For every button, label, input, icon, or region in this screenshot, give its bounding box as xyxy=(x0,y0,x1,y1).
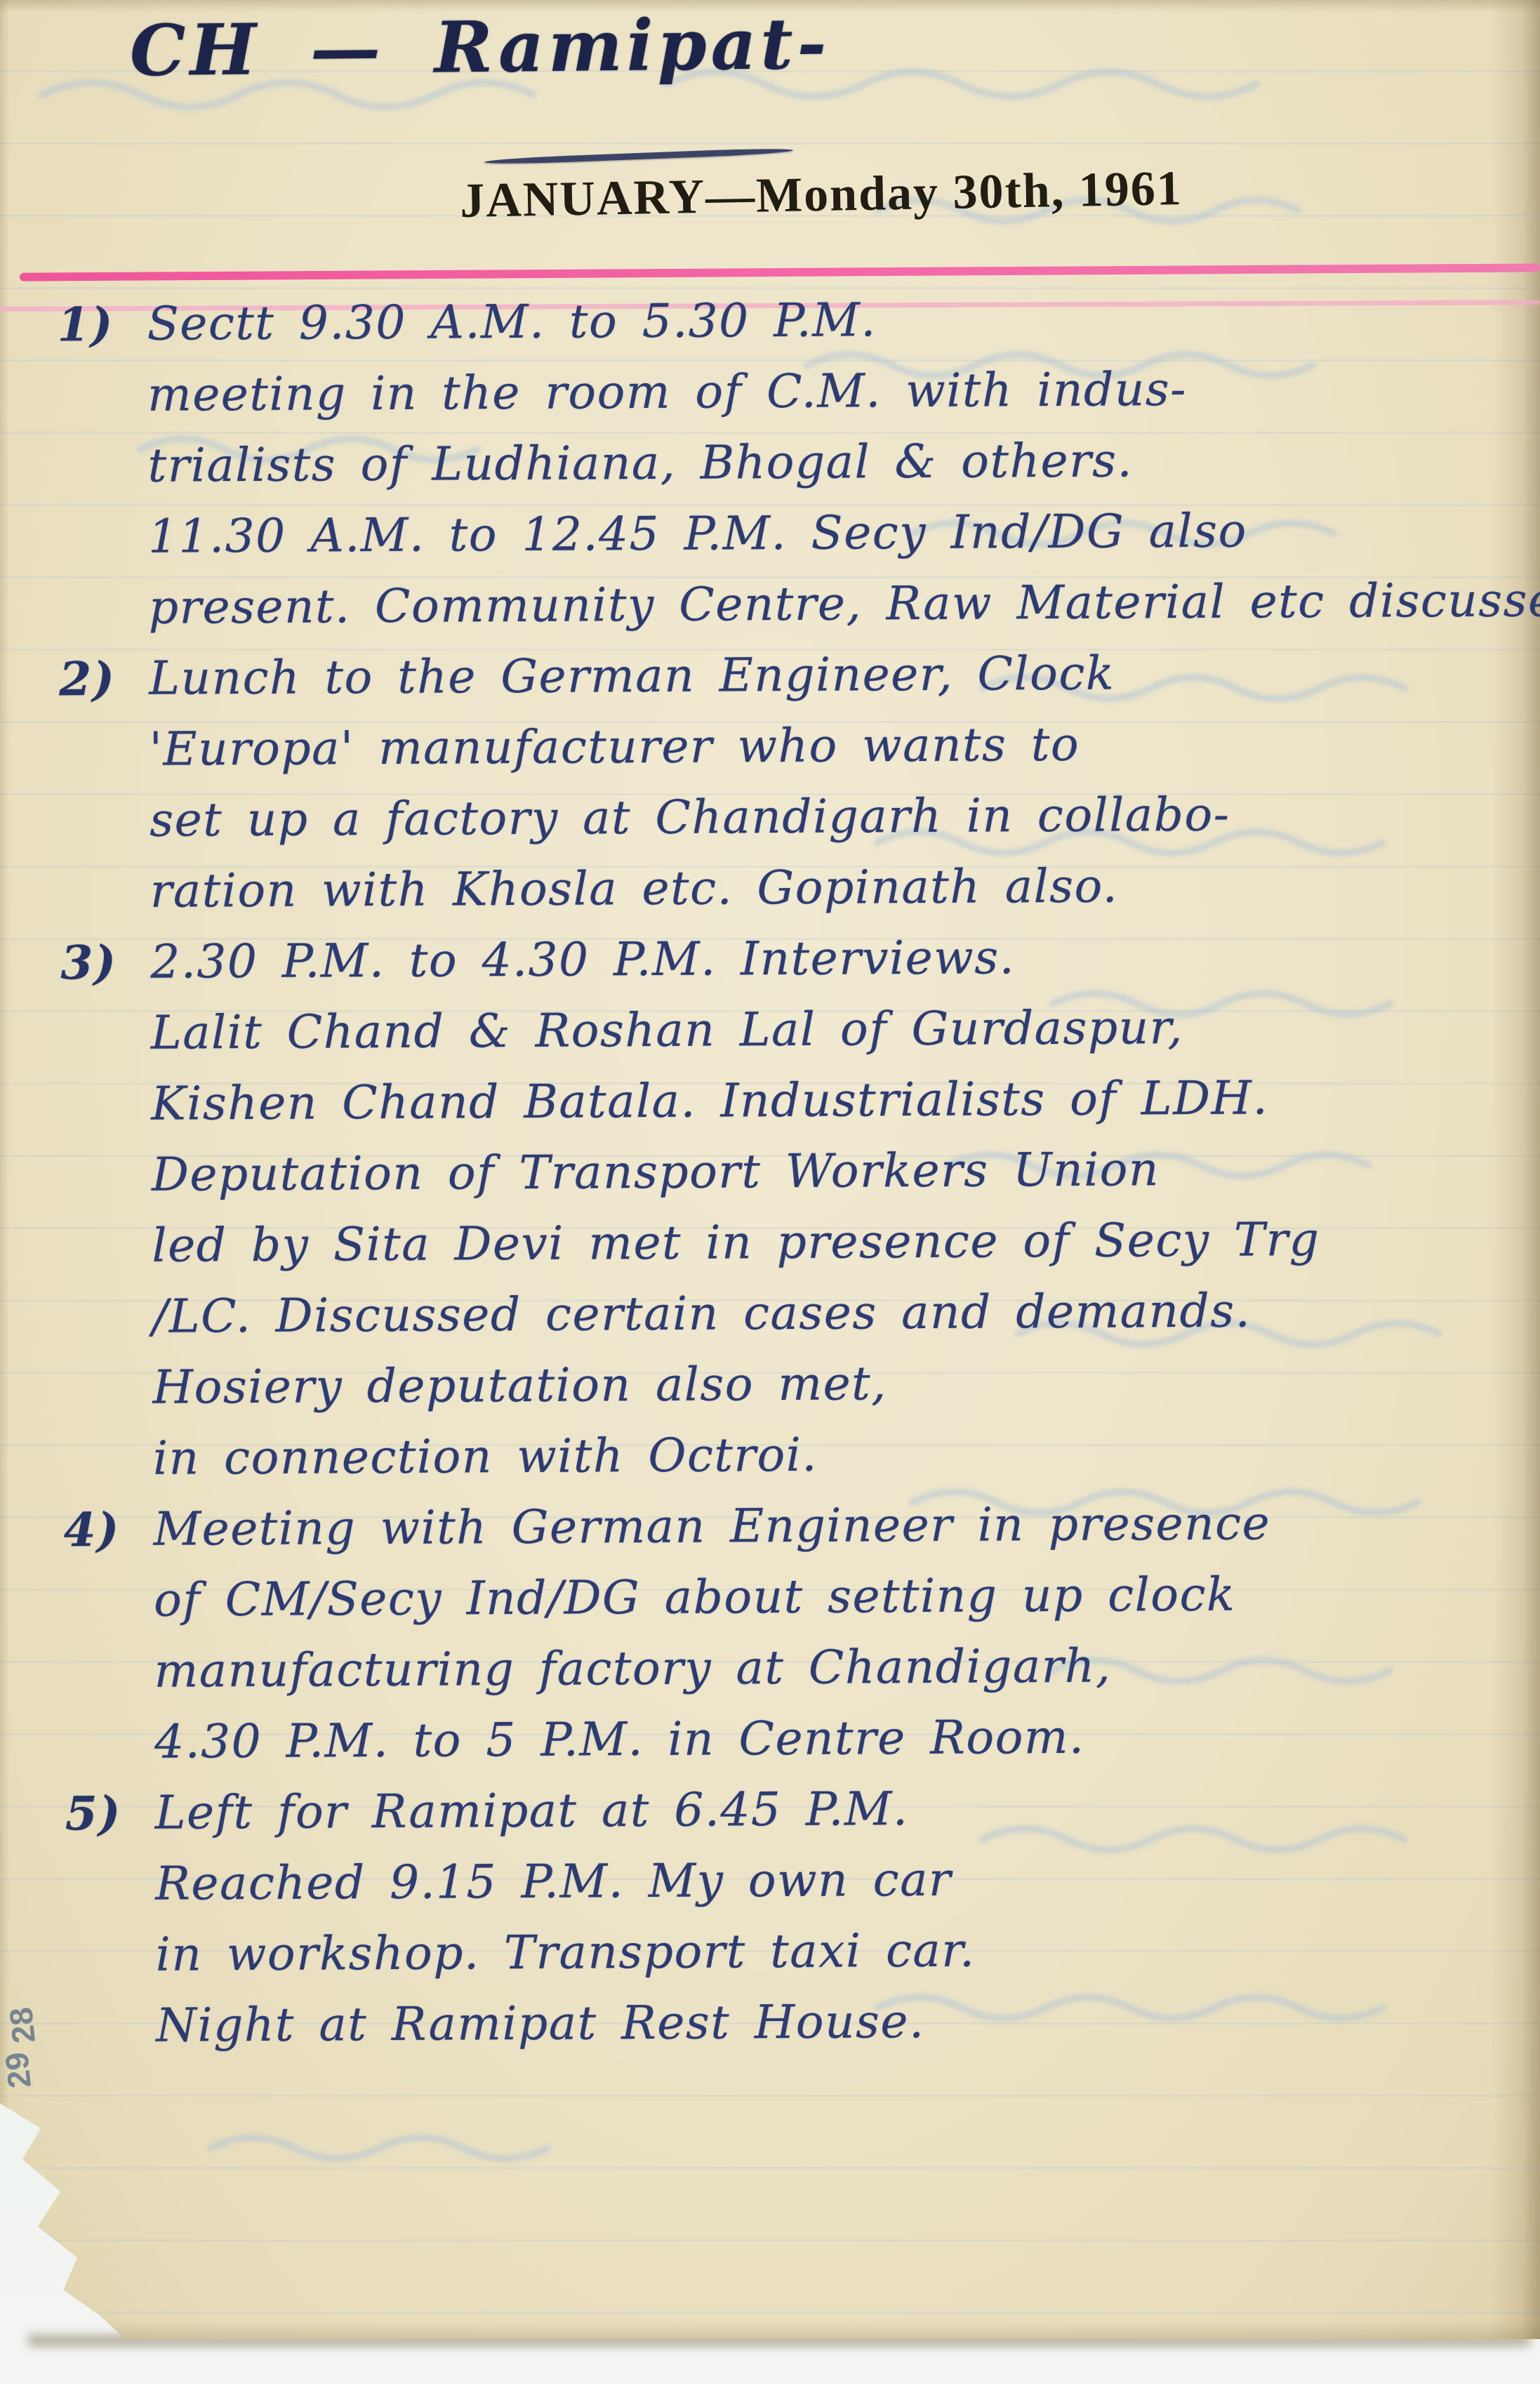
diary-line: 11.30 A.M. to 12.45 P.M. Secy Ind/DG als… xyxy=(58,503,1505,581)
diary-line: 1) Sectt 9.30 A.M. to 5.30 P.M. xyxy=(57,290,1504,369)
line-text: Deputation of Transport Workers Union xyxy=(152,1141,1508,1202)
line-text: 11.30 A.M. to 12.45 P.M. Secy Ind/DG als… xyxy=(148,503,1504,564)
entry-number xyxy=(66,1999,156,1999)
line-text: Night at Ramipat Rest House. xyxy=(156,1992,1512,2053)
entry-number xyxy=(65,1715,154,1716)
diary-line: Night at Ramipat Rest House. xyxy=(66,1992,1513,2070)
line-text: meeting in the room of C.M. with indus- xyxy=(147,361,1504,422)
entry-number xyxy=(64,1644,154,1645)
entry-number xyxy=(62,1290,152,1290)
diary-page-scan: CH — Ramipat- JANUARY—Monday 30th, 1961 … xyxy=(0,0,1540,2384)
entry-number xyxy=(58,510,148,510)
line-text: Meeting with German Engineer in presence xyxy=(153,1495,1509,1556)
entry-number: 5) xyxy=(65,1786,155,1841)
entry-number: 4) xyxy=(63,1502,153,1558)
diary-line: 4) Meeting with German Engineer in prese… xyxy=(63,1495,1510,1574)
diary-line: in workshop. Transport taxi car. xyxy=(66,1921,1513,1999)
entry-number: 1) xyxy=(57,297,147,352)
entry-number xyxy=(62,1219,152,1219)
line-text: trialists of Ludhiana, Bhogal & others. xyxy=(147,432,1504,493)
entry-number xyxy=(58,368,147,369)
diary-line: 5) Left for Ramipat at 6.45 P.M. xyxy=(65,1779,1512,1857)
line-text: led by Sita Devi met in presence of Secy… xyxy=(152,1212,1508,1273)
entry-number xyxy=(62,1360,152,1361)
diary-line: 'Europa' manufacturer who wants to xyxy=(60,715,1506,794)
entry-number xyxy=(60,793,150,794)
line-text: /LC. Discussed certain cases and demands… xyxy=(152,1283,1508,1344)
handwritten-title: CH — Ramipat- xyxy=(129,2,830,92)
entry-number xyxy=(60,864,150,865)
page-edge-number: 28 xyxy=(1,2006,43,2046)
diary-line: of CM/Secy Ind/DG about setting up clock xyxy=(64,1566,1511,1645)
diary-line: 3) 2.30 P.M. to 4.30 P.M. Interviews. xyxy=(60,928,1507,1007)
entry-number xyxy=(61,1006,151,1007)
entry-number xyxy=(61,1077,151,1078)
diary-line: in connection with Octroi. xyxy=(63,1424,1510,1503)
diary-line: 4.30 P.M. to 5 P.M. in Centre Room. xyxy=(65,1708,1511,1787)
diary-line: Kishen Chand Batala. Industrialists of L… xyxy=(61,1070,1508,1148)
line-text: 2.30 P.M. to 4.30 P.M. Interviews. xyxy=(150,928,1506,989)
entry-number xyxy=(63,1431,153,1432)
line-text: of CM/Secy Ind/DG about setting up clock xyxy=(154,1566,1510,1627)
diary-line: led by Sita Devi met in presence of Secy… xyxy=(62,1212,1508,1290)
entry-number: 2) xyxy=(59,651,149,707)
diary-line: meeting in the room of C.M. with indus- xyxy=(58,361,1504,439)
entry-number xyxy=(64,1573,154,1574)
line-text: Kishen Chand Batala. Industrialists of L… xyxy=(151,1070,1507,1131)
entry-number: 3) xyxy=(60,935,150,991)
diary-line: Lalit Chand & Roshan Lal of Gurdaspur, xyxy=(61,999,1508,1078)
entry-number xyxy=(60,722,150,723)
entry-number xyxy=(62,1148,152,1148)
diary-line: ration with Khosla etc. Gopinath also. xyxy=(60,857,1507,936)
line-text: Hosiery deputation also met, xyxy=(152,1353,1508,1415)
entry-number xyxy=(66,1928,156,1928)
diary-line: trialists of Ludhiana, Bhogal & others. xyxy=(58,432,1504,510)
line-text: Lalit Chand & Roshan Lal of Gurdaspur, xyxy=(151,999,1507,1060)
diary-line: /LC. Discussed certain cases and demands… xyxy=(62,1283,1509,1361)
line-text: Reached 9.15 P.M. My own car xyxy=(155,1850,1511,1911)
line-text: present. Community Centre, Raw Material … xyxy=(149,573,1540,635)
diary-line: Reached 9.15 P.M. My own car xyxy=(65,1850,1512,1928)
diary-line: Hosiery deputation also met, xyxy=(62,1353,1509,1432)
line-text: 'Europa' manufacturer who wants to xyxy=(150,715,1506,776)
line-text: ration with Khosla etc. Gopinath also. xyxy=(150,857,1506,918)
page-edge-number: 29 xyxy=(0,2051,39,2091)
diary-line: Deputation of Transport Workers Union xyxy=(62,1141,1508,1219)
line-text: 4.30 P.M. to 5 P.M. in Centre Room. xyxy=(154,1708,1511,1769)
entry-number xyxy=(65,1857,155,1857)
diary-line: manufacturing factory at Chandigarh, xyxy=(64,1637,1511,1716)
diary-lines: 1) Sectt 9.30 A.M. to 5.30 P.M. meeting … xyxy=(57,290,1512,2070)
entry-number xyxy=(59,581,149,581)
entry-number xyxy=(58,439,147,439)
line-text: set up a factory at Chandigarh in collab… xyxy=(150,786,1506,847)
diary-line: 2) Lunch to the German Engineer, Clock xyxy=(59,644,1506,723)
line-text: in workshop. Transport taxi car. xyxy=(156,1921,1512,1982)
line-text: Sectt 9.30 A.M. to 5.30 P.M. xyxy=(147,290,1503,351)
line-text: Lunch to the German Engineer, Clock xyxy=(149,644,1505,706)
line-text: manufacturing factory at Chandigarh, xyxy=(154,1637,1510,1698)
diary-line: set up a factory at Chandigarh in collab… xyxy=(60,786,1506,865)
line-text: in connection with Octroi. xyxy=(153,1424,1509,1485)
diary-line: present. Community Centre, Raw Material … xyxy=(59,574,1506,652)
line-text: Left for Ramipat at 6.45 P.M. xyxy=(155,1779,1511,1840)
